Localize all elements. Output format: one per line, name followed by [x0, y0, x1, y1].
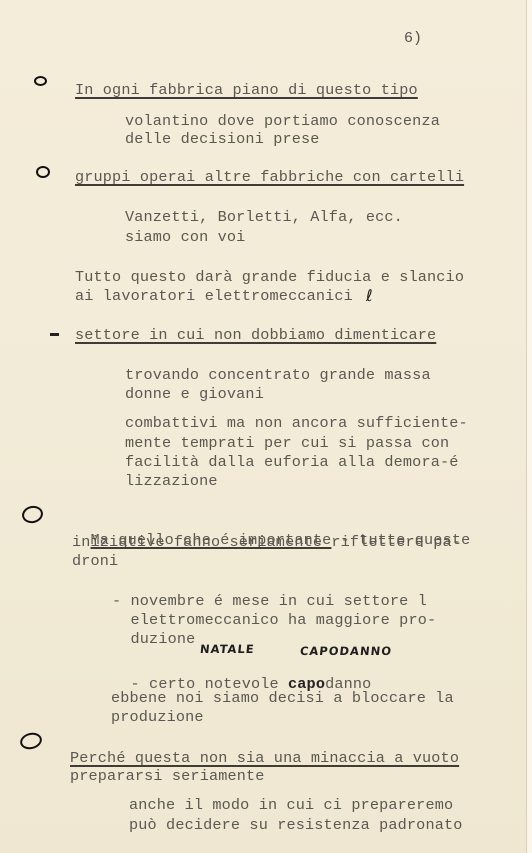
handwritten-comma-mark: ℓ — [366, 286, 373, 305]
text-line: facilità dalla euforia alla demora-é — [125, 453, 459, 471]
paper-edge — [526, 0, 532, 853]
margin-dash-mark — [50, 333, 59, 336]
text-line: - novembre é mese in cui settore l — [112, 592, 427, 610]
text-line: Vanzetti, Borletti, Alfa, ecc. — [125, 208, 403, 226]
text-line: ebbene noi siamo decisi a bloccare la — [111, 689, 454, 707]
text-line: anche il modo in cui ci prepareremo — [129, 796, 453, 814]
text-line: elettromeccanico ha maggiore pro- — [112, 611, 436, 629]
handwritten-note-natale: NATALE — [199, 642, 255, 656]
section-heading: Perché questa non sia una minaccia a vuo… — [70, 749, 459, 767]
section-heading: gruppi operai altre fabbriche con cartel… — [75, 168, 464, 186]
text-line: iniziative fanno seriamente riflettere p… — [72, 533, 461, 551]
text-line: siamo con voi — [125, 228, 245, 246]
text-line: Tutto questo darà grande fiducia e slanc… — [75, 268, 464, 286]
text-line: trovando concentrato grande massa — [125, 366, 431, 384]
section-heading: settore in cui non dobbiamo dimenticare — [75, 326, 436, 344]
margin-circle-mark — [36, 166, 50, 178]
text-line: può decidere su resistenza padronato — [129, 816, 463, 834]
page-number: 6) — [404, 30, 422, 47]
text-line: volantino dove portiamo conoscenza — [125, 112, 440, 130]
margin-circle-mark — [34, 76, 47, 86]
text-line: mente temprati per cui si passa con — [125, 434, 449, 452]
text-line: ai lavoratori elettromeccanici — [75, 287, 353, 305]
section-heading: In ogni fabbrica piano di questo tipo — [75, 81, 418, 99]
text-line: combattivi ma non ancora sufficiente- — [125, 414, 468, 432]
handwritten-note-capodanno: CAPODANNO — [299, 644, 392, 658]
text-line: droni — [72, 552, 118, 570]
text-line: donne e giovani — [125, 385, 264, 403]
text-line: delle decisioni prese — [125, 130, 320, 148]
text-line: duzione — [112, 630, 195, 648]
text-line: lizzazione — [125, 472, 218, 490]
text-line: produzione — [111, 708, 204, 726]
text-line: prepararsi seriamente — [70, 767, 265, 785]
text-line: - certo notevole capodanno — [112, 657, 371, 693]
